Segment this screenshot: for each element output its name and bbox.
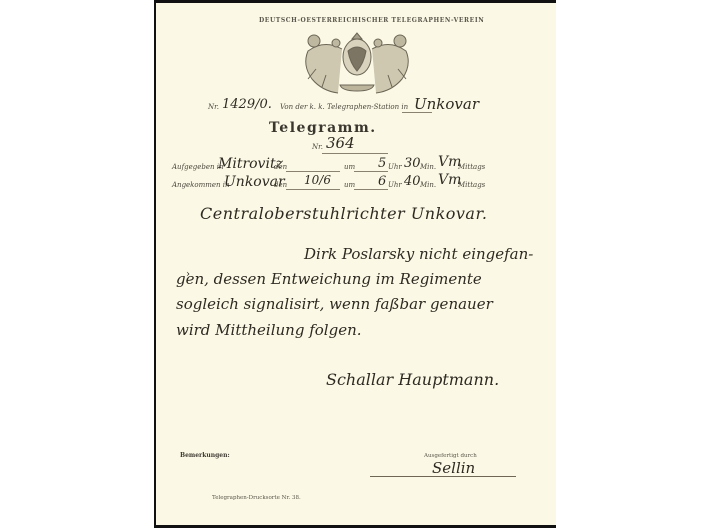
sent-min-label: Min.	[420, 163, 436, 171]
telegram-document: DEUTSCH-OESTERREICHISCHER TELEGRAPHEN-VE…	[154, 0, 556, 528]
sent-hour-label: Uhr	[388, 163, 402, 171]
remarks-label: Bemerkungen:	[180, 452, 230, 459]
sent-label: Aufgegeben in	[172, 163, 224, 171]
sent-um-label: um	[344, 163, 355, 171]
station-value: Unkovar	[414, 95, 479, 113]
station-text: Von der k. k. Telegraphen-Station in	[280, 103, 408, 111]
signature: Schallar Hauptmann.	[326, 370, 499, 389]
document-title: Telegramm.	[269, 120, 377, 136]
message-line-3: sogleich signalisirt, wenn faßbar genaue…	[176, 295, 493, 313]
organization-header: DEUTSCH-OESTERREICHISCHER TELEGRAPHEN-VE…	[259, 17, 484, 24]
coat-of-arms-icon	[296, 29, 418, 101]
delivered-signature: Sellin	[432, 459, 475, 477]
received-hour-label: Uhr	[388, 181, 402, 189]
reference-no-value: 1429/0.	[222, 97, 272, 112]
received-label: Angekommen in	[172, 181, 230, 189]
received-minutes: 40	[404, 174, 421, 189]
received-min-label: Min.	[420, 181, 436, 189]
sent-hour: 5	[378, 156, 386, 171]
telegram-number-label: Nr.	[312, 143, 323, 151]
message-line-4: wird Mittheilung folgen.	[176, 321, 362, 339]
margin-mark: ›	[186, 269, 190, 280]
message-line-2: gen, dessen Entweichung im Regimente	[176, 270, 482, 288]
telegram-number-value: 364	[326, 134, 355, 152]
addressee: Centraloberstuhlrichter Unkovar.	[200, 204, 487, 223]
received-hour: 6	[378, 174, 386, 189]
form-number: Telegraphen-Drucksorte Nr. 38.	[212, 495, 301, 501]
received-den-label: den	[274, 181, 287, 189]
received-date: 10/6	[304, 173, 331, 187]
message-line-1: Dirk Poslarsky nicht eingefan-	[304, 245, 533, 263]
sent-den-label: den	[274, 163, 287, 171]
sent-minutes: 30	[404, 156, 421, 171]
received-um-label: um	[344, 181, 355, 189]
sent-mittag-label: Mittags	[458, 163, 485, 171]
reference-no-label: Nr.	[208, 103, 219, 111]
received-mittag-label: Mittags	[458, 181, 485, 189]
